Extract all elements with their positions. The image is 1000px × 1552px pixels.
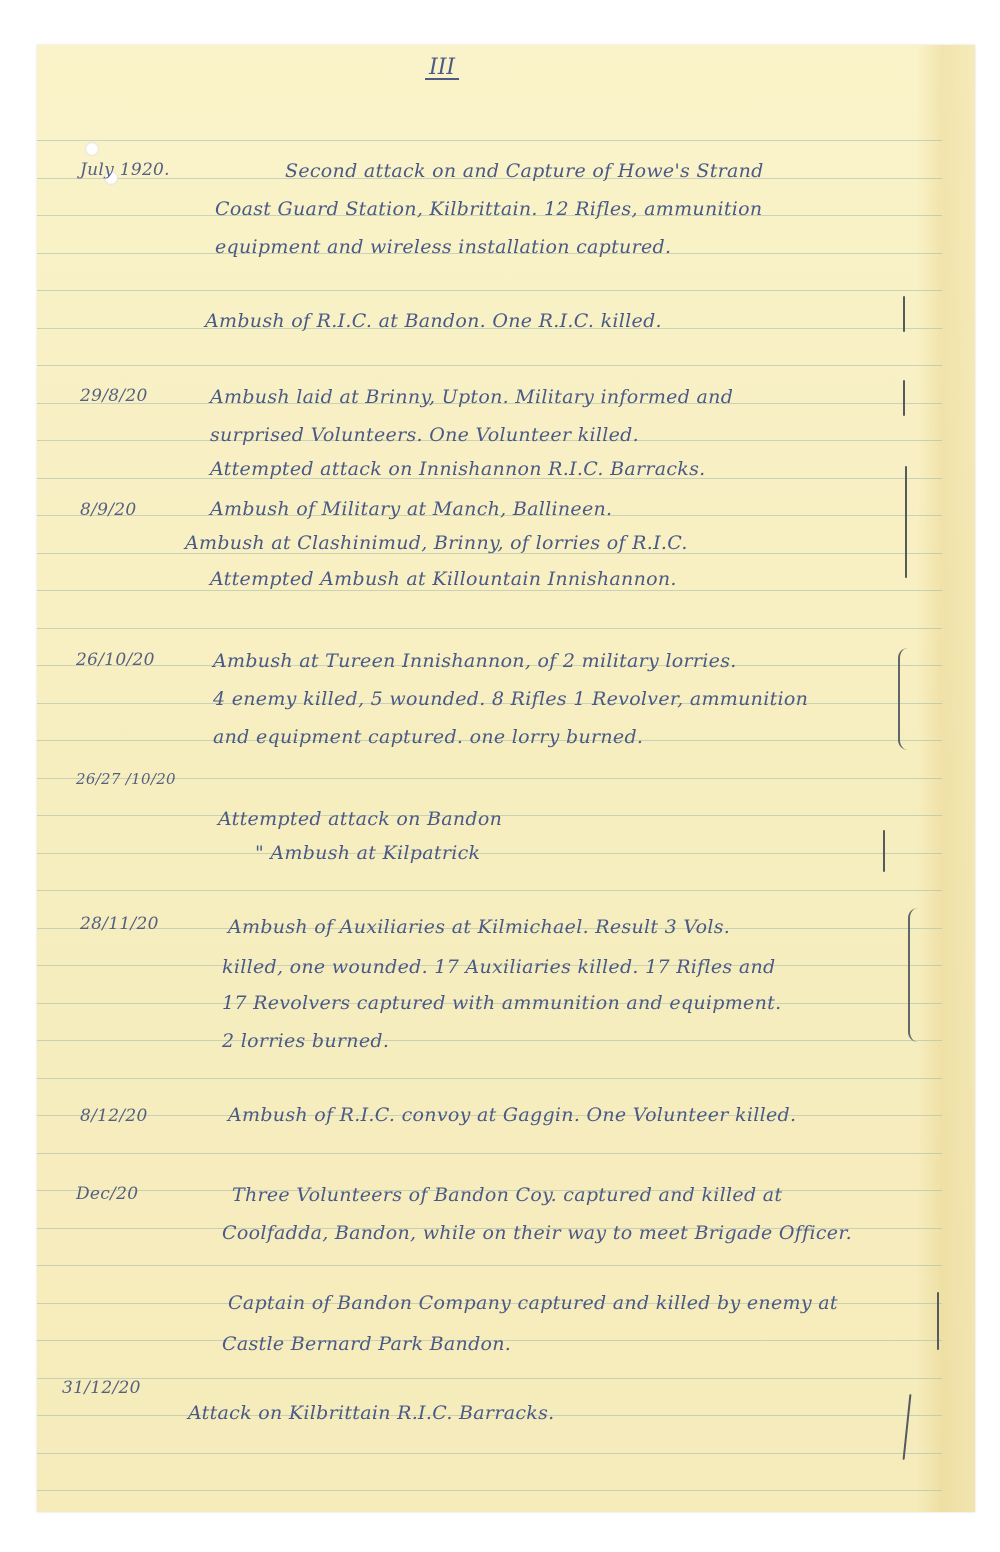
ruled-line xyxy=(37,590,942,591)
entry-date: 26/27 /10/20 xyxy=(76,770,176,788)
margin-tick-mark xyxy=(903,380,905,416)
punch-hole xyxy=(85,142,99,156)
entry-date: 29/8/20 xyxy=(80,386,148,406)
entry-line: Attempted attack on Bandon xyxy=(218,808,502,830)
ruled-line xyxy=(37,1453,942,1454)
margin-tick-mark xyxy=(937,1292,939,1350)
entry-line: and equipment captured. one lorry burned… xyxy=(213,726,643,748)
margin-bracket-mark xyxy=(908,908,918,1042)
entry-date: 31/12/20 xyxy=(62,1378,141,1398)
margin-tick-mark xyxy=(883,830,885,872)
entry-line: Attempted attack on Innishannon R.I.C. B… xyxy=(210,458,706,480)
entry-line: Ambush of R.I.C. convoy at Gaggin. One V… xyxy=(228,1104,796,1126)
entry-line: Attempted Ambush at Killountain Innishan… xyxy=(210,568,677,590)
margin-bracket-mark xyxy=(898,648,908,750)
margin-tick-mark xyxy=(903,296,905,332)
page-number: III xyxy=(425,58,459,80)
entry-line: Castle Bernard Park Bandon. xyxy=(222,1333,511,1355)
entry-line: Captain of Bandon Company captured and k… xyxy=(228,1292,838,1314)
ruled-line xyxy=(37,1378,942,1379)
entry-line: 4 enemy killed, 5 wounded. 8 Rifles 1 Re… xyxy=(213,688,808,710)
ruled-line xyxy=(37,290,942,291)
entry-line: Ambush of Military at Manch, Ballineen. xyxy=(210,498,612,520)
entry-line: " Ambush at Kilpatrick xyxy=(255,842,480,864)
ruled-line xyxy=(37,853,942,854)
entry-date: Dec/20 xyxy=(76,1184,138,1204)
entry-line: Three Volunteers of Bandon Coy. captured… xyxy=(232,1184,782,1206)
entry-line: Coast Guard Station, Kilbrittain. 12 Rif… xyxy=(215,198,762,220)
entry-line: Coolfadda, Bandon, while on their way to… xyxy=(222,1222,852,1244)
entry-date: 8/9/20 xyxy=(80,500,137,520)
ruled-line xyxy=(37,140,942,141)
ruled-line xyxy=(37,890,942,891)
ruled-line xyxy=(37,1078,942,1079)
entry-date: 26/10/20 xyxy=(76,650,155,670)
entry-line: Ambush of R.I.C. at Bandon. One R.I.C. k… xyxy=(205,310,662,332)
entry-line: Ambush at Clashinimud, Brinny, of lorrie… xyxy=(185,532,688,554)
ruled-line xyxy=(37,1490,942,1491)
entry-line: surprised Volunteers. One Volunteer kill… xyxy=(210,424,639,446)
entry-date: 8/12/20 xyxy=(80,1106,148,1126)
ruled-line xyxy=(37,1265,942,1266)
ruled-line xyxy=(37,365,942,366)
entry-line: Second attack on and Capture of Howe's S… xyxy=(285,160,764,182)
entry-line: Ambush laid at Brinny, Upton. Military i… xyxy=(210,386,733,408)
margin-bracket-mark xyxy=(905,466,907,578)
entry-line: 2 lorries burned. xyxy=(222,1030,389,1052)
ruled-line xyxy=(37,1153,942,1154)
entry-date: 28/11/20 xyxy=(80,914,159,934)
ruled-line xyxy=(37,628,942,629)
entry-line: equipment and wireless installation capt… xyxy=(215,236,671,258)
entry-line: Ambush of Auxiliaries at Kilmichael. Res… xyxy=(228,916,730,938)
entry-line: 17 Revolvers captured with ammunition an… xyxy=(222,992,781,1014)
entry-date: July 1920. xyxy=(80,160,170,180)
entry-line: killed, one wounded. 17 Auxiliaries kill… xyxy=(222,956,775,978)
ruled-line xyxy=(37,1040,942,1041)
entry-line: Ambush at Tureen Innishannon, of 2 milit… xyxy=(213,650,737,672)
entry-line: Attack on Kilbrittain R.I.C. Barracks. xyxy=(188,1402,554,1424)
